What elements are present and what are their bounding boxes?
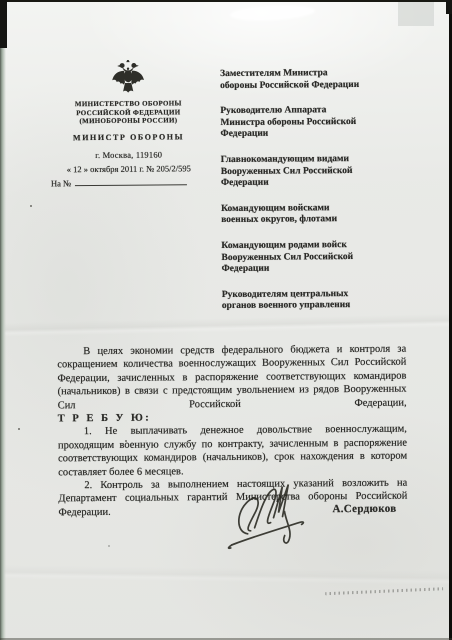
addressee-list: Заместителям Министра обороны Российской… bbox=[220, 67, 424, 326]
reference-line: На № bbox=[51, 176, 223, 188]
addressee-block: Командующим родами войск Вооруженных Сил… bbox=[221, 239, 423, 275]
order-item-1: 1. Не выплачивать денежное довольствие в… bbox=[58, 423, 407, 479]
document-content: МИНИСТЕРСТВО ОБОРОНЫ РОССИЙСКОЙ ФЕДЕРАЦИ… bbox=[0, 0, 452, 640]
addressee-block: Главнокомандующим видами Вооруженных Сил… bbox=[221, 153, 423, 189]
handwritten-signature bbox=[223, 481, 324, 562]
faint-footer-marks bbox=[325, 587, 443, 595]
reference-label: На № bbox=[51, 178, 71, 188]
date-number-line: « 12 » октября 2011 г. № 205/2/595 bbox=[35, 163, 223, 174]
ministry-name: МИНИСТЕРСТВО ОБОРОНЫ РОССИЙСКОЙ ФЕДЕРАЦИ… bbox=[34, 99, 222, 126]
letterhead: МИНИСТЕРСТВО ОБОРОНЫ РОССИЙСКОЙ ФЕДЕРАЦИ… bbox=[34, 58, 223, 188]
reference-blank-rule bbox=[75, 176, 187, 186]
addressee-block: Командующим войсками военных округов, фл… bbox=[221, 202, 423, 227]
addressee-block: Руководителям центральных органов военно… bbox=[222, 288, 424, 313]
double-headed-eagle-emblem-icon bbox=[111, 59, 145, 97]
minister-title: МИНИСТР ОБОРОНЫ bbox=[35, 132, 223, 142]
city-line: г. Москва, 119160 bbox=[35, 149, 223, 160]
addressee-block: Руководителю Аппарата Министра обороны Р… bbox=[220, 105, 422, 141]
preamble-paragraph: В целях экономии средств федерального бю… bbox=[57, 343, 407, 413]
addressee-block: Заместителям Министра обороны Российской… bbox=[220, 67, 422, 92]
scanned-document-page: МИНИСТЕРСТВО ОБОРОНЫ РОССИЙСКОЙ ФЕДЕРАЦИ… bbox=[0, 0, 452, 640]
signatory-name: А.Сердюков bbox=[332, 503, 396, 516]
